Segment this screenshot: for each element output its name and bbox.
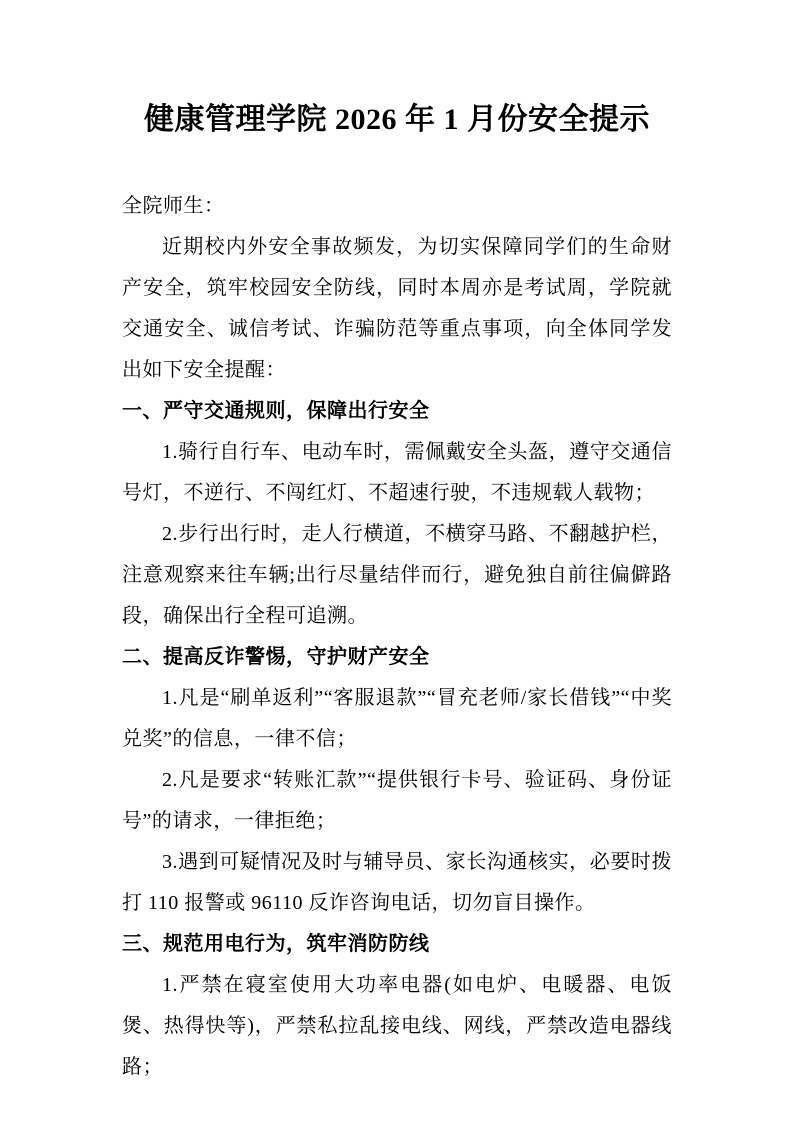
section-2-item-3: 3.遇到可疑情况及时与辅导员、家长沟通核实，必要时拨打 110 报警或 9611… [122,842,672,924]
section-2-heading: 二、提高反诈警惕，守护财产安全 [122,637,672,678]
document-page: 健康管理学院 2026 年 1 月份安全提示 全院师生： 近期校内外安全事故频发… [0,0,793,1122]
section-1-item-1: 1.骑行自行车、电动车时，需佩戴安全头盔，遵守交通信号灯，不逆行、不闯红灯、不超… [122,432,672,514]
section-2-item-1: 1.凡是“刷单返利”“客服退款”“冒充老师/家长借钱”“中奖兑奖”的信息，一律不… [122,678,672,760]
section-1-heading: 一、严守交通规则，保障出行安全 [122,391,672,432]
section-2-item-2: 2.凡是要求“转账汇款”“提供银行卡号、验证码、身份证号”的请求，一律拒绝； [122,760,672,842]
section-3-item-1: 1.严禁在寝室使用大功率电器(如电炉、电暖器、电饭煲、热得快等)，严禁私拉乱接电… [122,965,672,1088]
section-3-heading: 三、规范用电行为，筑牢消防防线 [122,924,672,965]
document-title: 健康管理学院 2026 年 1 月份安全提示 [122,100,672,140]
intro-paragraph: 近期校内外安全事故频发，为切实保障同学们的生命财产安全，筑牢校园安全防线，同时本… [122,227,672,391]
salutation: 全院师生： [122,186,672,227]
section-1-item-2: 2.步行出行时，走人行横道，不横穿马路、不翻越护栏，注意观察来往车辆;出行尽量结… [122,514,672,637]
document-body: 全院师生： 近期校内外安全事故频发，为切实保障同学们的生命财产安全，筑牢校园安全… [122,186,672,1088]
